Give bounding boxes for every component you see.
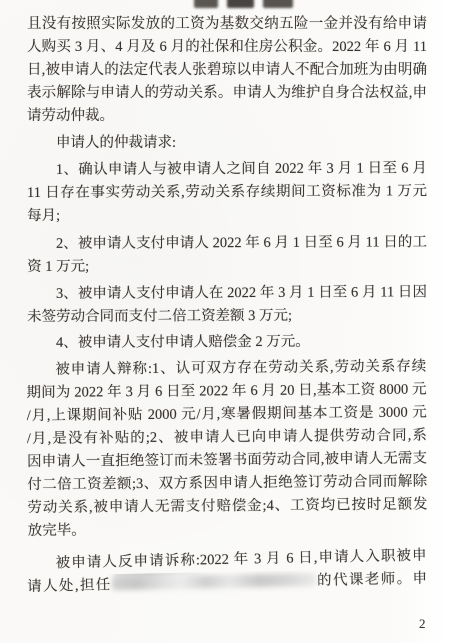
paragraph-arbitration-claims-heading: 申请人的仲裁请求:: [27, 132, 427, 155]
paragraph-claim-3: 3、被申请人支付申请人在 2022 年 3 月 1 日至 6 月 11 日因 未…: [27, 281, 427, 329]
scanned-document-page: 且没有按照实际发放的工资为基数交纳五险一金并没有给申请 人购买 3 月、4 月及…: [0, 0, 450, 643]
redaction-blur: [112, 573, 316, 590]
text-line: 放完毕。: [28, 517, 428, 543]
text-line: 付二倍工资差额;3、双方系因申请人拒绝签订劳动合同而解除: [27, 471, 427, 497]
text-segment: 请人处,担任: [27, 577, 112, 595]
text-line: 每月;: [27, 203, 427, 228]
text-line: 4、被申请人支付申请人赔偿金 2 万元。: [27, 330, 427, 355]
text-line: 因申请人一直拒绝签订而未签署书面劳动合同,被申请人无需支: [27, 448, 427, 474]
paragraph-claim-1: 1、确认申请人与被申请人之间自 2022 年 3 月 1 日至 6 月 11 日…: [27, 157, 427, 228]
page-number: 2: [419, 616, 426, 632]
redacted-heading-fragment: [194, 0, 293, 8]
text-line: 资 1 万元;: [27, 254, 427, 279]
text-line: 申请人的仲裁请求:: [27, 132, 427, 155]
text-line: 表示解除与申请人的劳动关系。申请人为维护自身合法权益,申: [27, 82, 427, 105]
redaction-blob: [194, 0, 218, 8]
text-line: 被申请人辩称:1、认可双方存在劳动关系,劳动关系存续: [26, 356, 426, 382]
document-body: 且没有按照实际发放的工资为基数交纳五险一金并没有给申请 人购买 3 月、4 月及…: [27, 13, 427, 599]
text-line: 11 日存在事实劳动关系,劳动关系存续期间工资标准为 1 万元: [27, 180, 427, 205]
text-line: /月,是没有补贴的;2、被申请人已向申请人提供劳动合同,系: [27, 425, 427, 451]
paragraph-continuation: 且没有按照实际发放的工资为基数交纳五险一金并没有给申请 人购买 3 月、4 月及…: [27, 13, 427, 128]
paragraph-respondent-defense: 被申请人辩称:1、认可双方存在劳动关系,劳动关系存续 期间为 2022 年 3 …: [26, 356, 428, 543]
redaction-blob: [263, 0, 293, 8]
paragraph-claim-4: 4、被申请人支付申请人赔偿金 2 万元。: [27, 330, 427, 355]
text-line: 且没有按照实际发放的工资为基数交纳五险一金并没有给申请: [27, 13, 427, 36]
text-line: 1、确认申请人与被申请人之间自 2022 年 3 月 1 日至 6 月: [27, 157, 427, 182]
paragraph-counterclaim: 被申请人反申请诉称:2022 年 3 月 6 日,申请人入职被申 请人处,担任的…: [26, 545, 427, 599]
text-line: 期间为 2022 年 3 月 6 日至 2022 年 6 月 20 日,基本工资…: [26, 379, 426, 405]
text-segment: 的代课老师。申: [316, 571, 428, 589]
text-line: 2、被申请人支付申请人 2022 年 6 月 1 日至 6 月 11 日的工: [27, 231, 427, 256]
paragraph-claim-2: 2、被申请人支付申请人 2022 年 6 月 1 日至 6 月 11 日的工 资…: [27, 231, 427, 279]
text-line: 人购买 3 月、4 月及 6 月的社保和住房公积金。2022 年 6 月 11: [27, 36, 427, 59]
text-line: 请劳动仲裁。: [27, 105, 427, 128]
text-line: 3、被申请人支付申请人在 2022 年 3 月 1 日至 6 月 11 日因: [27, 281, 427, 306]
redaction-blob: [227, 0, 254, 8]
text-line: 未签劳动合同而支付二倍工资差额 3 万元;: [27, 304, 427, 329]
text-line: /月,上课期间补贴 2000 元/月,寒暑假期间基本工资是 3000 元: [27, 402, 427, 428]
text-line: 劳动关系,被申请人无需支付赔偿金;4、工资均已按时足额发: [27, 494, 427, 520]
text-line: 日,被申请人的法定代表人张碧琼以申请人不配合加班为由明确: [27, 59, 427, 82]
